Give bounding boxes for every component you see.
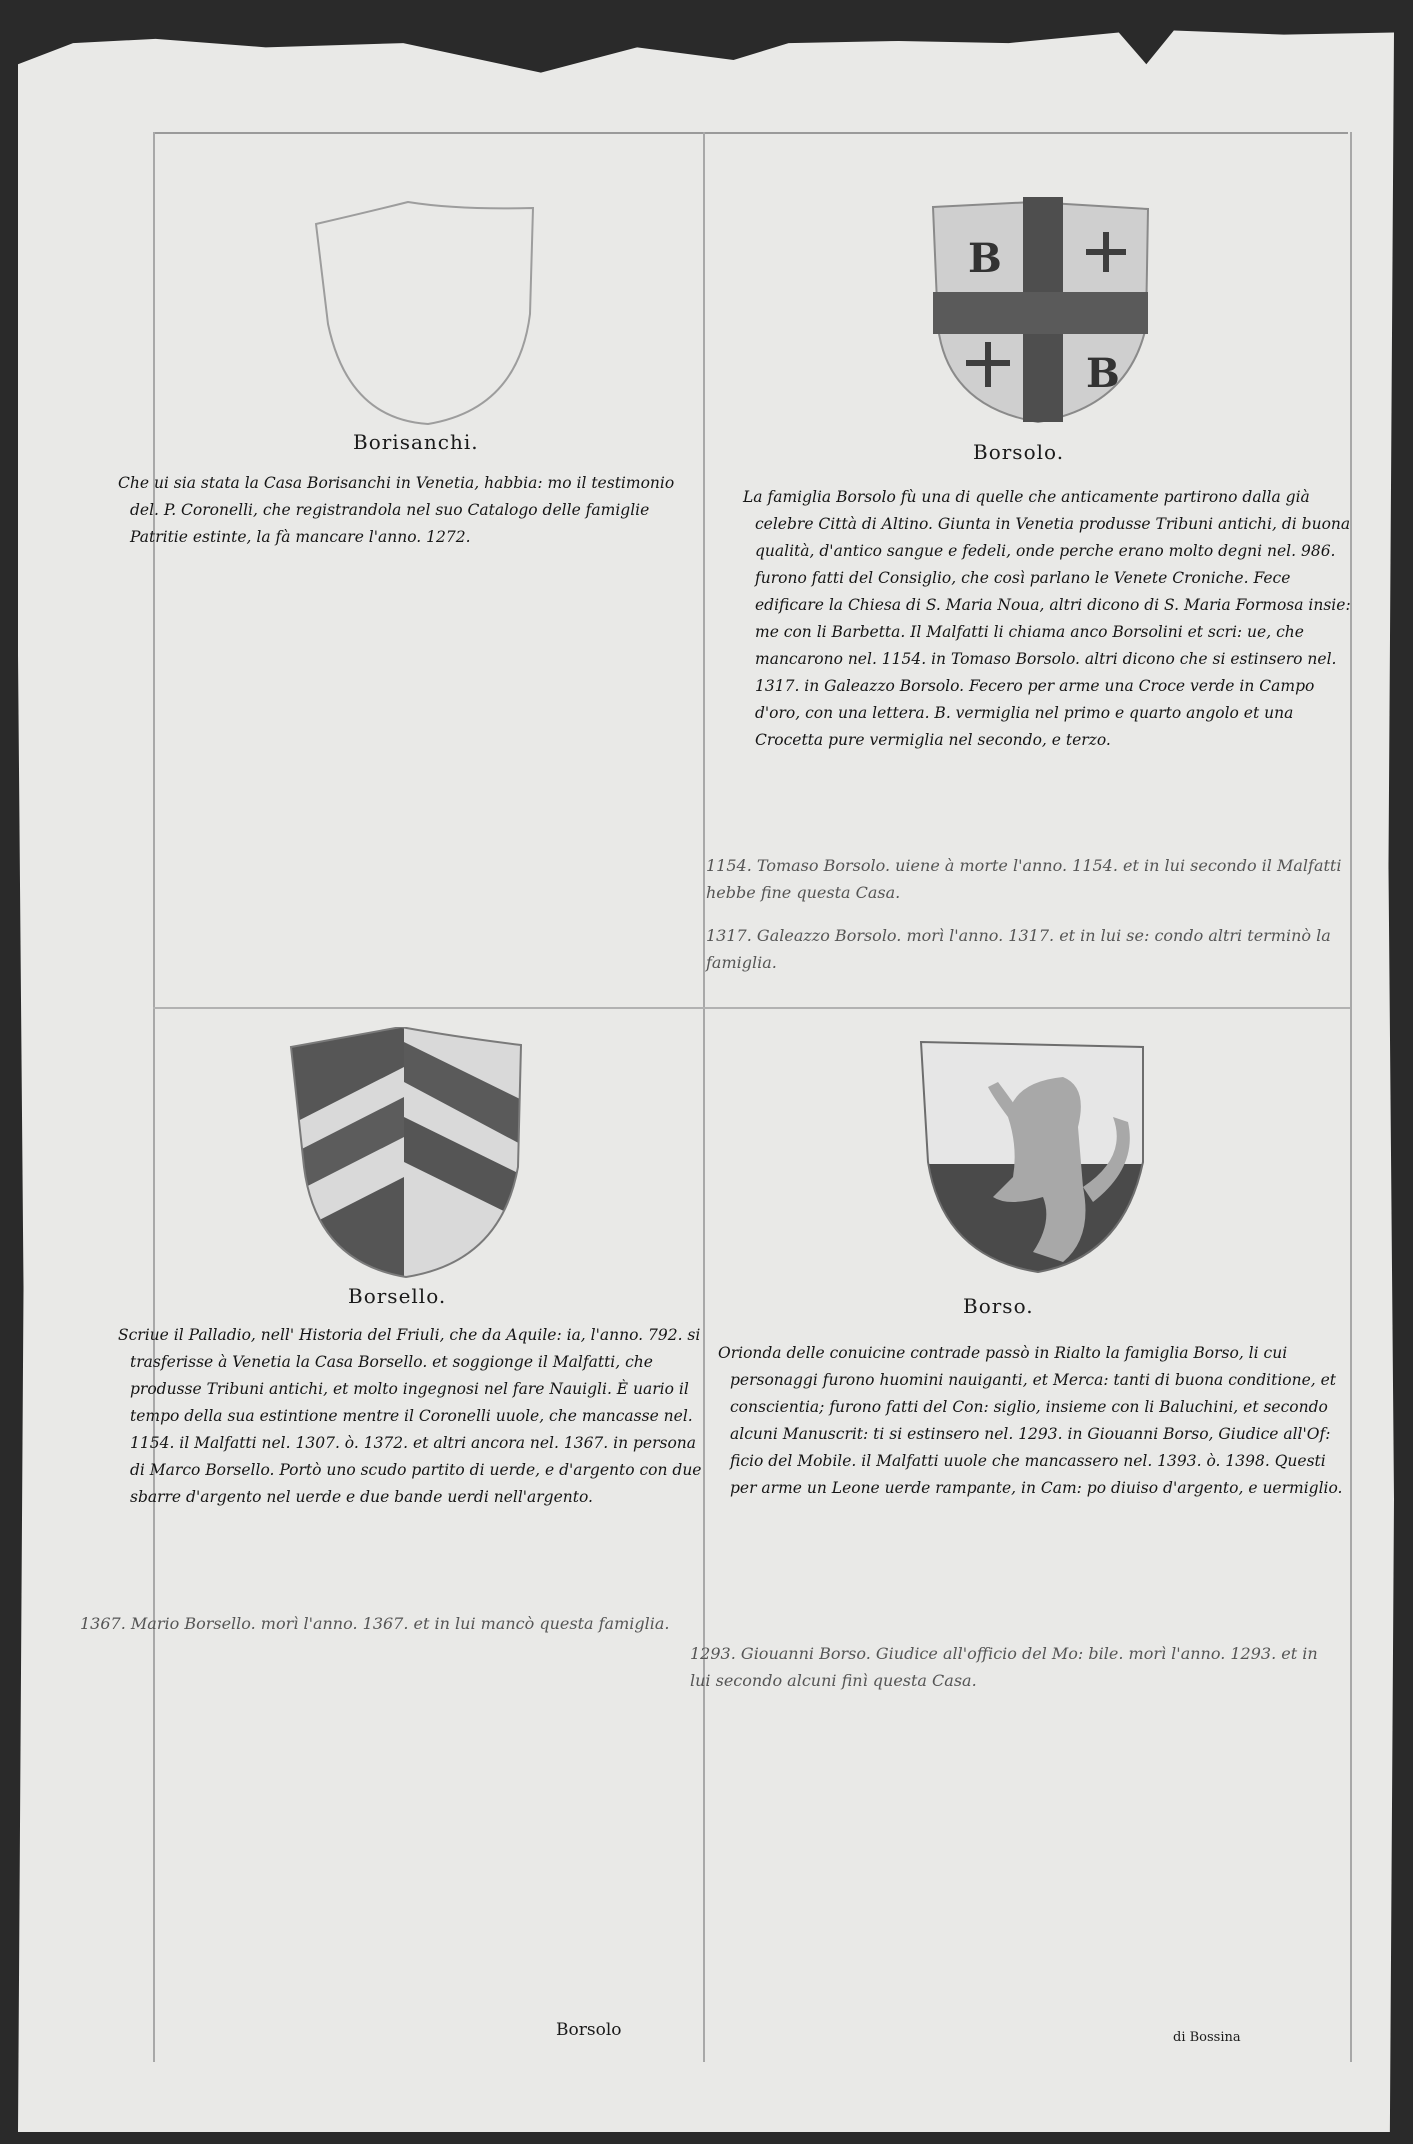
note-borsolo-1317: 1317. Galeazzo Borsolo. morì l'anno. 131… xyxy=(706,922,1346,976)
footer-right-note: di Bossina xyxy=(1173,2030,1241,2045)
right-margin-rule xyxy=(1350,132,1352,2062)
note-year: 1293. xyxy=(690,1644,736,1663)
mid-page-rule xyxy=(153,1007,1350,1009)
svg-text:B: B xyxy=(968,235,1002,282)
left-margin-rule xyxy=(153,132,155,2062)
note-text: Giouanni Borso. Giudice all'officio del … xyxy=(690,1644,1318,1690)
manuscript-page: Borisanchi. Che ui sia stata la Casa Bor… xyxy=(18,22,1394,2132)
note-borsolo-1154: 1154. Tomaso Borsolo. uiene à morte l'an… xyxy=(706,852,1346,906)
center-column-rule xyxy=(703,132,705,2062)
note-borsello-1367: 1367. Mario Borsello. morì l'anno. 1367.… xyxy=(80,1610,700,1637)
entry-title-borisanchi: Borisanchi. xyxy=(353,430,479,454)
lion-shield-icon xyxy=(913,1037,1153,1277)
empty-shield-icon xyxy=(308,194,538,434)
frame-top-rule xyxy=(153,132,1348,134)
note-year: 1317. xyxy=(706,926,752,945)
entry-text-borsolo: La famiglia Borsolo fù una di quelle che… xyxy=(743,484,1355,754)
note-text: Mario Borsello. morì l'anno. 1367. et in… xyxy=(131,1614,670,1633)
entry-title-borsello: Borsello. xyxy=(348,1284,446,1308)
entry-text-borsello: Scriue il Palladio, nell' Historia del F… xyxy=(118,1322,705,1511)
entry-text-borso: Orionda delle conuicine contrade passò i… xyxy=(718,1340,1355,1502)
svg-text:B: B xyxy=(1086,350,1120,397)
cross-shield-icon: B B xyxy=(928,197,1153,427)
catchword: Borsolo xyxy=(556,2020,622,2040)
entry-text-borisanchi: Che ui sia stata la Casa Borisanchi in V… xyxy=(118,470,705,551)
entry-title-borsolo: Borsolo. xyxy=(973,440,1064,464)
note-text: Galeazzo Borsolo. morì l'anno. 1317. et … xyxy=(706,926,1331,972)
chevron-shield-icon xyxy=(286,1027,526,1282)
note-year: 1367. xyxy=(80,1614,126,1633)
note-borso-1293: 1293. Giouanni Borso. Giudice all'offici… xyxy=(690,1640,1330,1694)
entry-title-borso: Borso. xyxy=(963,1294,1034,1318)
note-text: Tomaso Borsolo. uiene à morte l'anno. 11… xyxy=(706,856,1341,902)
note-year: 1154. xyxy=(706,856,752,875)
